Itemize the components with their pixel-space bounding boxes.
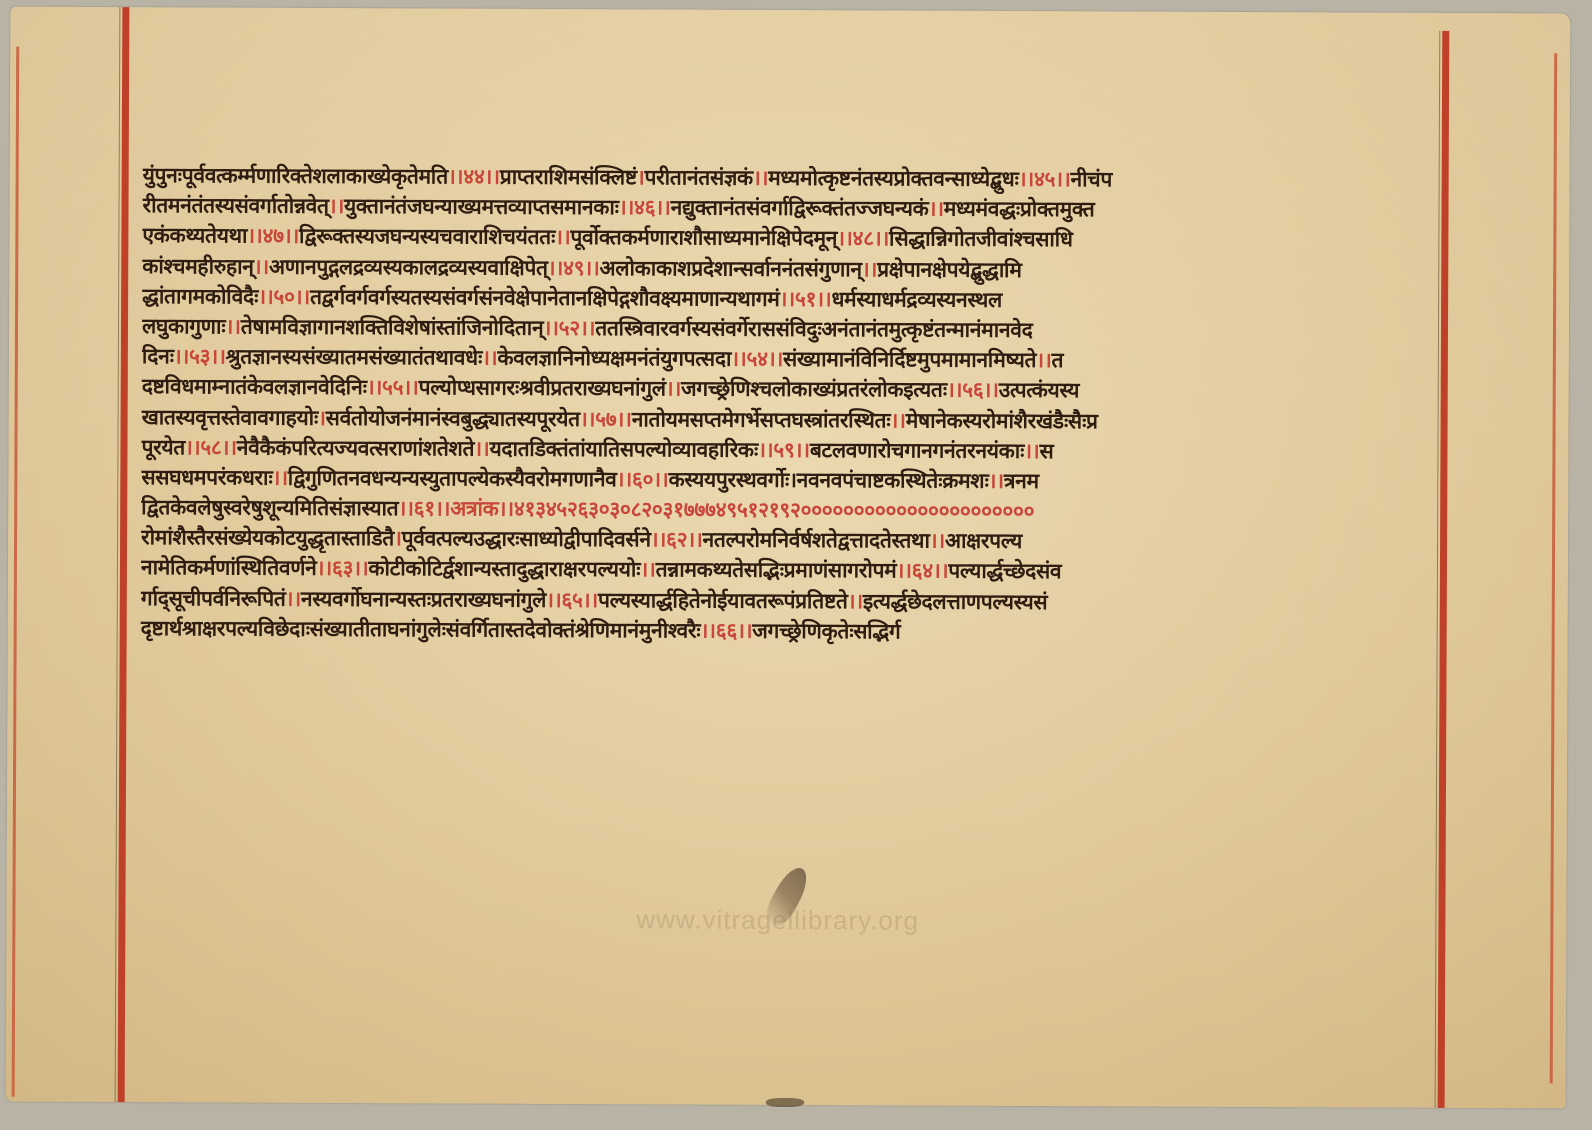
rubric-verse-number: ।।५२।। bbox=[543, 316, 595, 340]
text-segment: द्धांतागमकोविदैः bbox=[142, 284, 258, 309]
text-segment: नीचंप bbox=[1070, 167, 1112, 191]
rubric-verse-number: ।।६२।। bbox=[651, 528, 703, 552]
text-segment: दृष्टार्थश्राक्षरपल्यविछेदाःसंख्यातीताघन… bbox=[141, 616, 701, 642]
rubric-verse-number: ।।४७।। bbox=[247, 224, 299, 248]
rubric-verse-number: ।।४४।। bbox=[448, 165, 500, 189]
text-segment: दिनः bbox=[142, 344, 174, 368]
rubric-verse-number: ।। bbox=[329, 194, 344, 218]
text-segment: प्राप्तराशिमसंक्लिष्टं bbox=[500, 165, 637, 190]
manuscript-folio: युंपुनःपूर्ववत्कर्म्मणारिक्तेशलाकाख्येकृ… bbox=[6, 7, 1571, 1109]
text-segment: अलोकाकाशप्रदेशान्सर्वाननंतसंगुणान् bbox=[600, 256, 862, 281]
text-segment: द्विगुणितनवधन्यन्यस्युतापल्येकस्यैवरोमगण… bbox=[288, 466, 617, 491]
text-segment: ससघधमपरंकधराः bbox=[141, 465, 272, 490]
text-segment: नामेतिकर्मणांस्थितिवर्णने bbox=[141, 556, 317, 581]
text-segment: जगच्छ्रेणिकृतेःसद्भिर्ग bbox=[752, 619, 900, 644]
rubric-verse-number: ।। bbox=[890, 408, 905, 432]
manuscript-line: दृष्टार्थश्राक्षरपल्यविछेदाःसंख्यातीताघन… bbox=[141, 613, 1446, 649]
rubric-verse-number: ।।५०।। bbox=[258, 284, 310, 308]
text-segment: नतल्परोमनिर्वर्षशतेद्वत्तादतेस्तथा bbox=[703, 528, 930, 553]
text-segment: स bbox=[1039, 439, 1053, 463]
text-segment: पल्यस्यार्द्धहितेनोईयावतरूपंप्रतिष्टते bbox=[598, 588, 848, 613]
text-segment: दष्टविधमाम्नातंकेवलज्ञानवेदिनिः bbox=[142, 374, 367, 399]
text-segment: पल्योप्धसागरःश्रवीप्रतराख्यघनांगुलं bbox=[419, 376, 666, 401]
text-segment: पल्यार्द्धच्छेदसंव bbox=[948, 559, 1061, 583]
text-segment: कांश्चमहीरुहान् bbox=[142, 254, 253, 278]
rubric-verse-number: ।।४८।। bbox=[837, 227, 889, 251]
text-segment: ततस्त्रिवारवर्गस्यसंवर्गेराससंविदुःअनंता… bbox=[595, 316, 1032, 342]
text-segment: केवलज्ञानिनोध्यक्षमनंतंयुगपत्सदा bbox=[497, 346, 731, 371]
text-segment: पूर्वोक्तकर्मणाराशौसाध्यमानेक्षिपेदमून् bbox=[570, 225, 837, 250]
text-segment: यदातडिक्तंतांयातिसपल्योव्यावहारिकः bbox=[489, 436, 758, 461]
text-segment: रोमांशैस्तैरसंख्येयकोटयुद्धृतास्ताडितै bbox=[141, 525, 394, 550]
rubric-verse-number: ।। bbox=[272, 466, 287, 490]
rubric-verse-number: ।।६४।। bbox=[896, 559, 948, 583]
text-segment: द्विरूक्तस्यजघन्यस्यचवाराशिचयंततः bbox=[299, 224, 555, 249]
rubric-verse-number: ।।६६।। bbox=[700, 618, 752, 642]
text-segment: आक्षरपल्य bbox=[945, 529, 1022, 553]
text-segment: तद्वर्गवर्गवर्गस्यतस्यसंवर्गसंनवेक्षेपान… bbox=[310, 285, 780, 311]
rubric-verse-number: ।।५१।। bbox=[780, 287, 832, 311]
text-segment: मेषानेकस्यरोमांशैरखंडैःसैःप्र bbox=[906, 408, 1098, 433]
text-segment: मध्यमंवद्धःप्रोक्तमुक्त bbox=[944, 197, 1095, 222]
rubric-verse-number: ।।५९।। bbox=[758, 438, 810, 462]
text-segment: श्रुतज्ञानस्यसंख्यातमसंख्यातंतथावधेः bbox=[226, 345, 483, 370]
rubric-verse-number: ।। bbox=[555, 225, 570, 249]
rubric-verse-number: ।। bbox=[666, 377, 681, 401]
rubric-verse-number: ।। bbox=[640, 558, 655, 582]
rubric-verse-number: ।।६३।। bbox=[317, 556, 369, 580]
manuscript-line: दष्टविधमाम्नातंकेवलज्ञानवेदिनिः।।५५।।पल्… bbox=[142, 371, 1447, 407]
rubric-verse-number: ।। bbox=[753, 166, 768, 190]
text-segment: इत्यर्द्धछेदलत्ताणपल्यस्यसं bbox=[863, 589, 1047, 614]
rubric-verse-number: ।। bbox=[862, 257, 877, 281]
text-segment: संख्यामानंविनिर्दिष्टमुपमामानमिष्यते bbox=[783, 347, 1036, 372]
text-segment: नेवैकैकंपरित्यज्यवत्सराणांशतेशते bbox=[237, 435, 474, 460]
text-segment: तेषामविज्ञागानशक्तिविशेषांस्तांजिनोदितान… bbox=[241, 315, 544, 340]
rubric-verse-number: ।।५५।। bbox=[367, 375, 419, 399]
rubric-verse-number: ।।५७।। bbox=[580, 407, 632, 431]
text-segment: जगच्छ्रेणिश्चलोकाख्यंप्रतरंलोकइत्यतः bbox=[681, 377, 947, 402]
text-segment: युक्तानंतंजघन्याख्यमत्तव्याप्तसमानकाः bbox=[344, 194, 619, 219]
text-segment: सर्वतोयोजनंमानंस्वबुद्ध्यातस्यपूरयेत bbox=[326, 405, 580, 430]
text-segment: नस्यवर्गोघनान्यस्तःप्रतराख्यघनांगुले bbox=[301, 587, 546, 612]
rubric-verse-number: ।। bbox=[474, 436, 489, 460]
text-segment: तन्नामकथ्यतेसद्भिःप्रमाणंसागरोपमं bbox=[656, 558, 897, 583]
rubric-verse-number: ।।६१।।अत्रांक।।४१३४५२६३०३०८२०३१७७७४९५१२१… bbox=[398, 496, 1034, 523]
rubric-verse-number: । bbox=[394, 527, 402, 551]
rubric-verse-number: । bbox=[637, 165, 645, 189]
rubric-verse-number: ।।६०।। bbox=[617, 467, 669, 491]
bottom-edge-mark bbox=[766, 1098, 804, 1107]
text-segment: उत्पत्कंयस्य bbox=[999, 378, 1080, 402]
text-segment: युंपुनःपूर्ववत्कर्म्मणारिक्तेशलाकाख्येकृ… bbox=[143, 163, 448, 188]
text-segment: कस्ययपुरस्थवर्गोः।नवनवपंचाष्टकस्थितेःक्र… bbox=[668, 467, 988, 492]
rubric-verse-number: ।। bbox=[482, 346, 497, 370]
text-segment: बटलवणारोचगानगनंतरनयंकाः bbox=[810, 438, 1024, 463]
rubric-verse-number: ।। bbox=[928, 197, 943, 221]
rubric-verse-number: ।।५८।। bbox=[185, 435, 237, 459]
rubric-verse-number: ।।४६।। bbox=[619, 195, 671, 219]
text-segment: अणानपुद्गलद्रव्यस्यकालद्रव्यस्यवाक्षिपेत… bbox=[269, 254, 548, 279]
text-segment: नद्युक्तानंतसंवर्गाद्विरूक्तंतज्जघन्यकं bbox=[671, 196, 929, 221]
rubric-verse-number: ।।४९।। bbox=[548, 256, 600, 280]
text-segment: धर्मस्याधर्मद्रव्यस्यनस्थल bbox=[831, 287, 1002, 312]
text-segment: त्रनम bbox=[1004, 469, 1039, 493]
text-segment: परीतानंतसंज्ञकं bbox=[644, 165, 752, 189]
text-segment: कोटीकोटिर्द्वशान्यस्तादुद्धाराक्षरपल्ययो… bbox=[368, 557, 640, 582]
text-segment: खातस्यवृत्तस्तेवावगाहयोः bbox=[142, 405, 319, 430]
rubric-verse-number: ।।५६।। bbox=[947, 378, 999, 402]
rubric-verse-number: ।। bbox=[848, 589, 863, 613]
text-segment: प्रक्षेपानक्षेपयेद्बुद्धामि bbox=[877, 257, 1022, 282]
text-segment: र्गाद्सूचीपर्वनिरूपितं bbox=[141, 586, 286, 611]
text-segment: पूरयेत bbox=[141, 435, 185, 459]
manuscript-text: युंपुनःपूर्ववत्कर्म्मणारिक्तेशलाकाख्येकृ… bbox=[141, 160, 1448, 649]
text-segment: सिद्धान्निगोतजीवांश्चसाधि bbox=[889, 227, 1073, 252]
rubric-verse-number: ।। bbox=[1024, 439, 1039, 463]
text-segment: पूर्ववत्पल्यउद्धारःसाध्योद्वीपादिवर्सने bbox=[402, 527, 651, 552]
rubric-verse-number: ।। bbox=[1036, 348, 1051, 372]
text-segment: द्वितकेवलेषुस्वरेषुशून्यमितिसंज्ञास्यात bbox=[141, 495, 398, 520]
text-segment: लघुकागुणाः bbox=[142, 314, 226, 338]
text-segment: एकंकथ्यतेयथा bbox=[142, 224, 247, 248]
rubric-verse-number: ।। bbox=[225, 314, 240, 338]
watermark: www.vitragellibrary.org bbox=[636, 904, 919, 936]
outer-left-rule bbox=[12, 47, 20, 1097]
rubric-verse-number: ।।४५।। bbox=[1019, 167, 1071, 191]
text-segment: रीतमनंतंतस्यसंवर्गातोन्नवेत् bbox=[142, 193, 328, 218]
rubric-verse-number: ।। bbox=[286, 586, 301, 610]
rubric-verse-number: ।।५३।। bbox=[174, 344, 226, 368]
outer-right-rule bbox=[1550, 53, 1557, 1083]
rubric-verse-number: ।।६५।। bbox=[546, 588, 598, 612]
rubric-verse-number: ।। bbox=[254, 254, 269, 278]
text-segment: नातोयमसप्तमेगर्भेसप्तघस्त्रांतरस्थितः bbox=[632, 407, 891, 432]
text-segment: मध्यमोत्कृष्टनंतस्यप्रोक्तवन्साध्येद्बुध… bbox=[768, 166, 1019, 191]
text-segment: त bbox=[1051, 348, 1063, 372]
rubric-verse-number: ।। bbox=[989, 469, 1004, 493]
rubric-verse-number: ।।५४।। bbox=[731, 347, 783, 371]
rubric-verse-number: ।। bbox=[930, 529, 945, 553]
